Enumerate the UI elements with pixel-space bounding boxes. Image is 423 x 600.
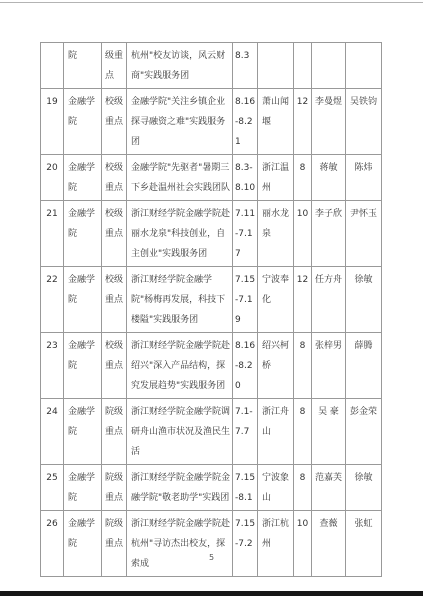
cell-seq: 19 <box>41 89 64 155</box>
cell-dates: 7.15-7.2 <box>233 511 258 577</box>
cell-advisor: 张虹 <box>346 511 382 577</box>
cell-size: 8 <box>294 465 312 511</box>
cell-college: 金融学院 <box>64 155 102 201</box>
cell-dates: 8.3 <box>233 43 258 89</box>
cell-advisor: 陈炜 <box>346 155 382 201</box>
cell-college: 金融学院 <box>64 333 102 399</box>
document-page: 院 级重点 杭州"校友访谈，风云财商"实践服务团 8.3 19 金融学院 校级重… <box>0 0 423 600</box>
cell-level: 校级重点 <box>102 333 127 399</box>
cell-leader <box>312 43 346 89</box>
cell-size <box>294 43 312 89</box>
cell-team-name: 金融学院"先驱者"暑期三下乡赴温州社会实践团队 <box>127 155 233 201</box>
cell-size: 8 <box>294 155 312 201</box>
cell-dates: 7.15-7.19 <box>233 267 258 333</box>
page-top-border <box>0 2 423 3</box>
page-number: 5 <box>0 553 423 562</box>
table-row: 19 金融学院 校级重点 金融学院"关注乡镇企业 探寻融资之难"实践服务团 8.… <box>41 89 382 155</box>
cell-level: 级重点 <box>102 43 127 89</box>
cell-seq <box>41 43 64 89</box>
cell-place: 宁波奉化 <box>258 267 294 333</box>
cell-dates: 8.16-8.20 <box>233 333 258 399</box>
cell-dates: 7.1-7.7 <box>233 399 258 465</box>
cell-dates: 8.3-8.10 <box>233 155 258 201</box>
cell-college: 金融学院 <box>64 89 102 155</box>
cell-place: 丽水龙泉 <box>258 201 294 267</box>
cell-team-name: 浙江财经学院金融学院调研舟山渔市状况及渔民生活 <box>127 399 233 465</box>
cell-place: 萧山闻堰 <box>258 89 294 155</box>
cell-level: 校级重点 <box>102 267 127 333</box>
cell-dates: 7.11-7.17 <box>233 201 258 267</box>
cell-advisor: 彭金荣 <box>346 399 382 465</box>
cell-leader: 蒋敏 <box>312 155 346 201</box>
cell-seq: 25 <box>41 465 64 511</box>
cell-seq: 26 <box>41 511 64 577</box>
cell-advisor <box>346 43 382 89</box>
cell-team-name: 浙江财经学院金融学院赴丽水龙泉"科技创业，自主创业"实践服务团 <box>127 201 233 267</box>
cell-size: 12 <box>294 89 312 155</box>
cell-seq: 24 <box>41 399 64 465</box>
cell-college: 金融学院 <box>64 465 102 511</box>
table-row: 20 金融学院 校级重点 金融学院"先驱者"暑期三下乡赴温州社会实践团队 8.3… <box>41 155 382 201</box>
table-row: 22 金融学院 校级重点 浙江财经学院金融学院"杨梅再发展，科技下楼隘"实践服务… <box>41 267 382 333</box>
cell-advisor: 尹怀玉 <box>346 201 382 267</box>
cell-advisor: 吴铁钧 <box>346 89 382 155</box>
cell-leader: 吴 豪 <box>312 399 346 465</box>
cell-dates: 7.15-8.1 <box>233 465 258 511</box>
cell-seq: 23 <box>41 333 64 399</box>
table-row: 21 金融学院 校级重点 浙江财经学院金融学院赴丽水龙泉"科技创业，自主创业"实… <box>41 201 382 267</box>
table-row: 23 金融学院 校级重点 浙江财经学院金融学院赴绍兴"深入产品结构，探究发展趋势… <box>41 333 382 399</box>
cell-size: 12 <box>294 267 312 333</box>
cell-seq: 22 <box>41 267 64 333</box>
cell-college: 院 <box>64 43 102 89</box>
cell-college: 金融学院 <box>64 267 102 333</box>
cell-level: 校级重点 <box>102 155 127 201</box>
cell-size: 8 <box>294 333 312 399</box>
cell-place: 绍兴柯桥 <box>258 333 294 399</box>
cell-leader: 李曼煜 <box>312 89 346 155</box>
cell-leader: 查薇 <box>312 511 346 577</box>
cell-team-name: 浙江财经学院金融学院金融学院"敬老助学"实践团 <box>127 465 233 511</box>
cell-leader: 范嘉芙 <box>312 465 346 511</box>
cell-college: 金融学院 <box>64 399 102 465</box>
cell-size: 8 <box>294 399 312 465</box>
cell-advisor: 徐敏 <box>346 267 382 333</box>
cell-place: 浙江杭州 <box>258 511 294 577</box>
cell-dates: 8.16-8.21 <box>233 89 258 155</box>
cell-leader: 任方舟 <box>312 267 346 333</box>
cell-level: 校级重点 <box>102 201 127 267</box>
cell-size: 10 <box>294 511 312 577</box>
table-row: 院 级重点 杭州"校友访谈，风云财商"实践服务团 8.3 <box>41 43 382 89</box>
cell-team-name: 浙江财经学院金融学院"杨梅再发展，科技下楼隘"实践服务团 <box>127 267 233 333</box>
cell-advisor: 薛腾 <box>346 333 382 399</box>
cell-level: 院级重点 <box>102 511 127 577</box>
table-row: 24 金融学院 院级重点 浙江财经学院金融学院调研舟山渔市状况及渔民生活 7.1… <box>41 399 382 465</box>
cell-seq: 20 <box>41 155 64 201</box>
cell-place: 宁波象山 <box>258 465 294 511</box>
cell-place: 浙江舟山 <box>258 399 294 465</box>
cell-leader: 李子欣 <box>312 201 346 267</box>
cell-team-name: 浙江财经学院金融学院赴绍兴"深入产品结构，探究发展趋势"实践服务团 <box>127 333 233 399</box>
practice-teams-table: 院 级重点 杭州"校友访谈，风云财商"实践服务团 8.3 19 金融学院 校级重… <box>40 42 382 577</box>
page-divider <box>0 591 423 596</box>
table-row: 26 金融学院 院级重点 浙江财经学院金融学院赴杭州"寻访杰出校友，探索成 7.… <box>41 511 382 577</box>
cell-place: 浙江温州 <box>258 155 294 201</box>
cell-team-name: 浙江财经学院金融学院赴杭州"寻访杰出校友，探索成 <box>127 511 233 577</box>
cell-size: 10 <box>294 201 312 267</box>
table-row: 25 金融学院 院级重点 浙江财经学院金融学院金融学院"敬老助学"实践团 7.1… <box>41 465 382 511</box>
cell-advisor: 徐敏 <box>346 465 382 511</box>
cell-team-name: 金融学院"关注乡镇企业 探寻融资之难"实践服务团 <box>127 89 233 155</box>
cell-place <box>258 43 294 89</box>
cell-level: 校级重点 <box>102 89 127 155</box>
cell-college: 金融学院 <box>64 201 102 267</box>
cell-level: 院级重点 <box>102 465 127 511</box>
cell-team-name: 杭州"校友访谈，风云财商"实践服务团 <box>127 43 233 89</box>
cell-leader: 张梓男 <box>312 333 346 399</box>
cell-college: 金融学院 <box>64 511 102 577</box>
cell-level: 院级重点 <box>102 399 127 465</box>
cell-seq: 21 <box>41 201 64 267</box>
